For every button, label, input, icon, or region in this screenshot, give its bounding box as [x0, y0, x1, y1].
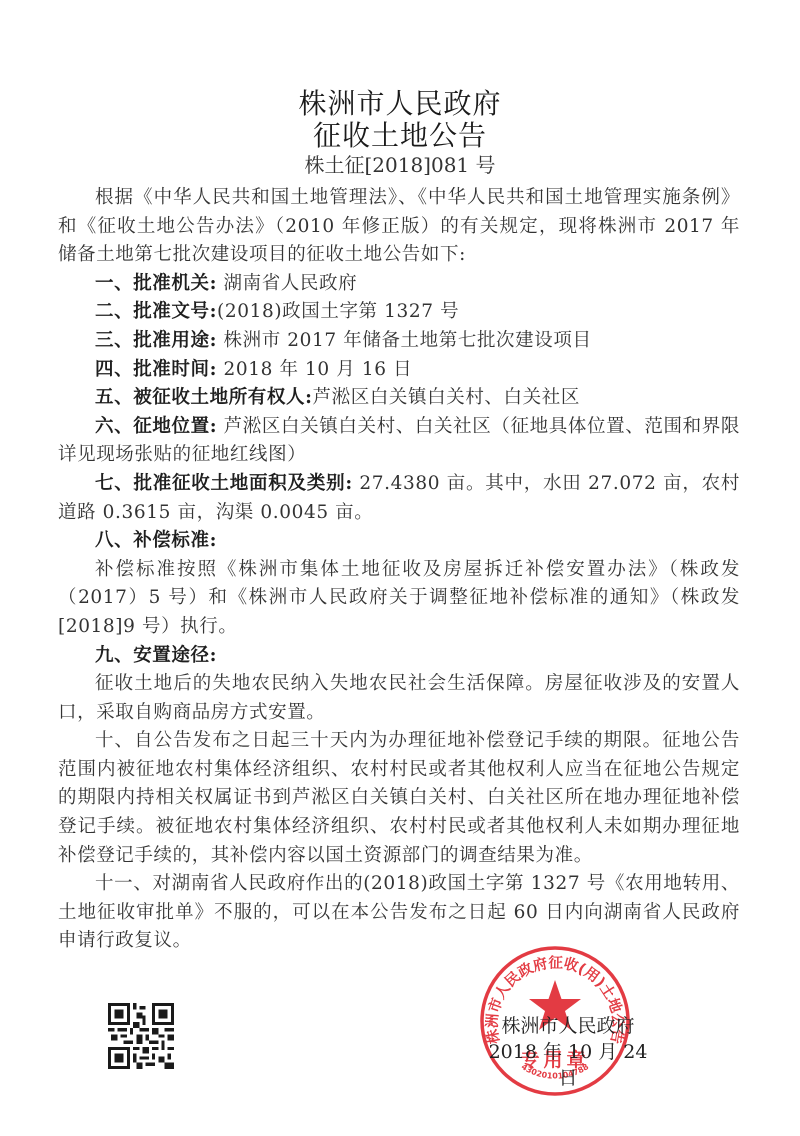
item-land-location: 六、征地位置: 芦淞区白关镇白关村、白关社区（征地具体位置、范围和界限详见现场张… — [58, 413, 740, 470]
item-approval-authority: 一、批准机关: 湖南省人民政府 — [58, 270, 740, 299]
item-label: 四、批准时间: — [95, 359, 217, 380]
item-label: 七、批准征收土地面积及类别: — [95, 473, 353, 494]
item-value: (2018)政国土字第 1327 号 — [217, 301, 459, 322]
intro-paragraph: 根据《中华人民共和国土地管理法》、《中华人民共和国土地管理实施条例》和《征收土地… — [58, 184, 740, 270]
item-label: 三、批准用途: — [95, 330, 217, 351]
signature-date: 2018 年 10 月 24 日 — [478, 1039, 658, 1091]
item-label: 二、批准文号: — [95, 301, 217, 322]
notice-title: 征收土地公告 — [0, 120, 800, 152]
item-value: 2018 年 10 月 16 日 — [217, 359, 412, 380]
qr-code-icon — [108, 1003, 174, 1069]
issuer-title: 株洲市人民政府 — [0, 88, 800, 120]
compensation-heading: 八、补偿标准: — [58, 527, 740, 556]
item-value: 株洲市 2017 年储备土地第七批次建设项目 — [217, 330, 592, 351]
document-number: 株土征[2018]081 号 — [0, 152, 800, 178]
item-value: 湖南省人民政府 — [217, 273, 357, 294]
item-label: 五、被征收土地所有权人: — [95, 387, 313, 408]
resettlement-heading: 九、安置途径: — [58, 642, 740, 671]
notice-body: 根据《中华人民共和国土地管理法》、《中华人民共和国土地管理实施条例》和《征收土地… — [58, 184, 740, 956]
compensation-text: 补偿标准按照《株洲市集体土地征收及房屋拆迁补偿安置办法》（株政发（2017）5 … — [58, 556, 740, 642]
item-land-owner: 五、被征收土地所有权人:芦淞区白关镇白关村、白关社区 — [58, 384, 740, 413]
signature-block: 株洲市人民政府 2018 年 10 月 24 日 — [478, 1013, 658, 1091]
resettlement-text: 征收土地后的失地农民纳入失地农民社会生活保障。房屋征收涉及的安置人口，采取自购商… — [58, 670, 740, 727]
appeal-paragraph: 十一、对湖南省人民政府作出的(2018)政国土字第 1327 号《农用地转用、土… — [58, 870, 740, 956]
item-land-area: 七、批准征收土地面积及类别: 27.4380 亩。其中，水田 27.072 亩，… — [58, 470, 740, 527]
signature-issuer: 株洲市人民政府 — [478, 1013, 658, 1039]
item-label: 六、征地位置: — [95, 416, 217, 437]
item-value: 芦淞区白关镇白关村、白关社区 — [313, 387, 580, 408]
registration-paragraph: 十、自公告发布之日起三十天内为办理征地补偿登记手续的期限。征地公告范围内被征地农… — [58, 727, 740, 870]
item-approval-date: 四、批准时间: 2018 年 10 月 16 日 — [58, 356, 740, 385]
item-approval-purpose: 三、批准用途: 株洲市 2017 年储备土地第七批次建设项目 — [58, 327, 740, 356]
item-approval-number: 二、批准文号:(2018)政国土字第 1327 号 — [58, 298, 740, 327]
item-label: 一、批准机关: — [95, 273, 217, 294]
